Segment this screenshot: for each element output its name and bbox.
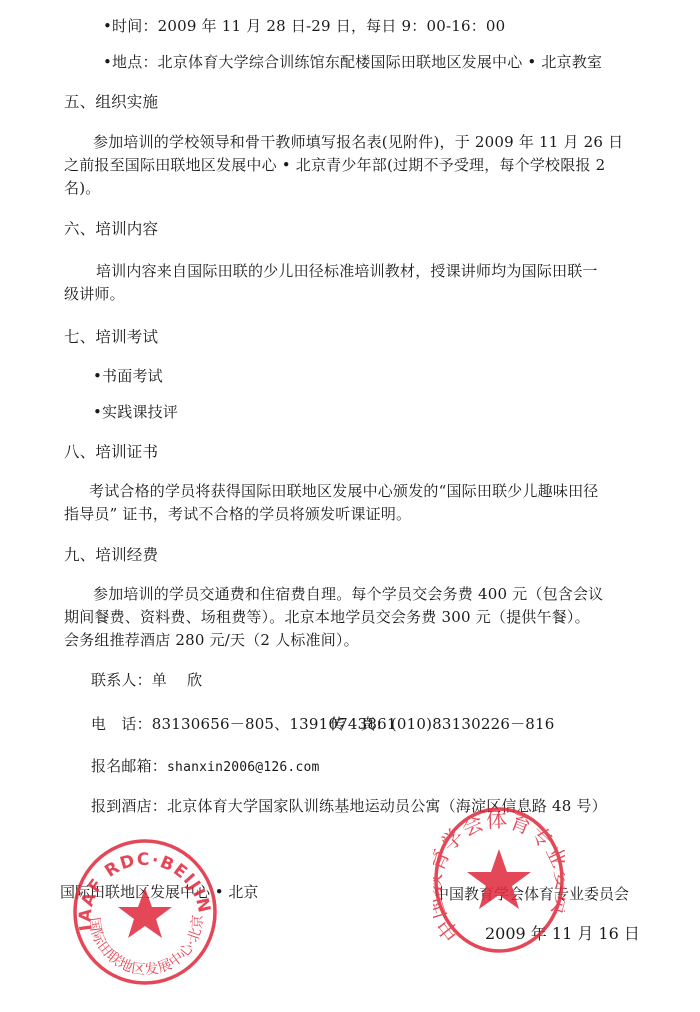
section-9-line-2: 期间餐费、资料费、场租费等）。北京本地学员交会务费 300 元（提供午餐）。 [64, 607, 590, 627]
section-7-item-2: •实践课技评 [93, 402, 178, 422]
section-8-title: 八、培训证书 [64, 442, 158, 462]
section-9-line-1: 参加培训的学员交通费和住宿费自理。每个学员交会务费 400 元（包含会议 [93, 584, 603, 604]
section-5-line-2: 之前报至国际田联地区发展中心 • 北京青少年部(过期不予受理，每个学校限报 2 [64, 155, 605, 175]
email-label: 报名邮箱： [91, 757, 167, 775]
section-6-line-2: 级讲师。 [64, 284, 125, 304]
section-5-title: 五、组织实施 [64, 92, 158, 112]
contact-email-row: 报名邮箱：shanxin2006@126.com [91, 756, 320, 778]
section-9-line-3: 会务组推荐酒店 280 元/天（2 人标准间）。 [64, 630, 359, 650]
section-7-title: 七、培训考试 [64, 327, 158, 347]
email-address[interactable]: shanxin2006@126.com [167, 760, 320, 775]
iaaf-rdc-beijing-stamp-icon: IAAF RDC·BEIJING 国际田联地区发展中心·北京 [70, 838, 220, 986]
contact-person: 联系人：单 欣 [91, 670, 202, 690]
section-7-item-1: •书面考试 [93, 366, 163, 386]
section-6-line-1: 培训内容来自国际田联的少儿田径标准培训教材，授课讲师均为国际田联一 [96, 261, 598, 281]
education-society-stamp-icon: 中国教育学会体育专业委员会 [433, 805, 565, 955]
section-5-line-1: 参加培训的学校领导和骨干教师填写报名表(见附件)，于 2009 年 11 月 2… [93, 132, 623, 152]
section-8-line-2: 指导员” 证书，考试不合格的学员将颁发听课证明。 [64, 504, 411, 524]
section-9-title: 九、培训经费 [64, 545, 158, 565]
contact-fax: 传 真：(010)83130226－816 [330, 714, 555, 734]
section-6-title: 六、培训内容 [64, 219, 158, 239]
section-8-line-1: 考试合格的学员将获得国际田联地区发展中心颁发的“国际田联少儿趣味田径 [89, 481, 598, 501]
section-5-line-3: 名)。 [64, 178, 100, 198]
schedule-time: •时间：2009 年 11 月 28 日-29 日，每日 9：00-16：00 [103, 16, 505, 36]
schedule-location: •地点：北京体育大学综合训练馆东配楼国际田联地区发展中心 • 北京教室 [103, 52, 602, 72]
